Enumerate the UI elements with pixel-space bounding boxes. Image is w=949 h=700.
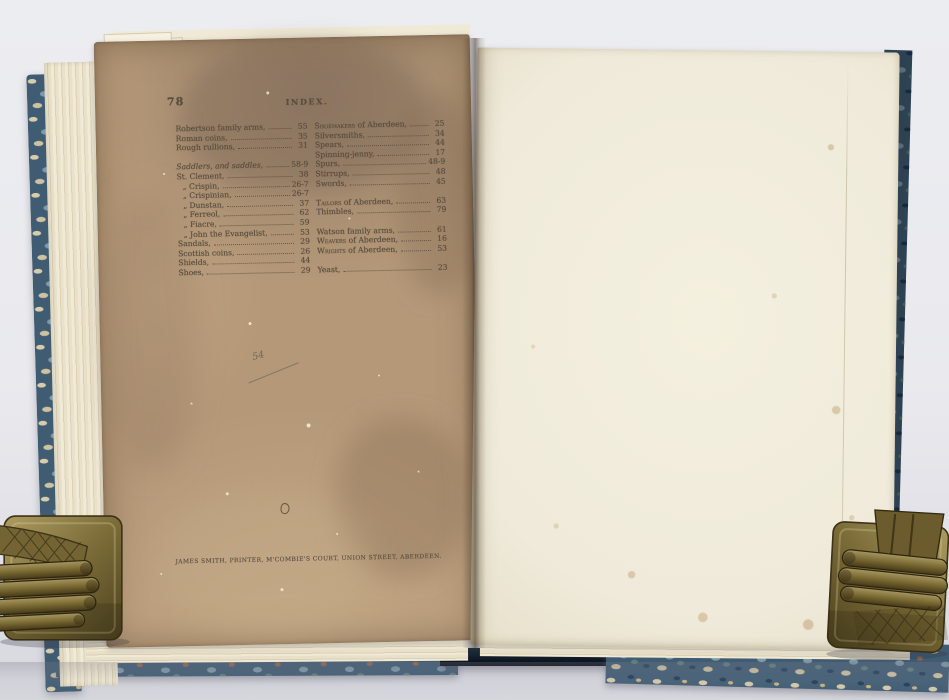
- dot-leader: [343, 263, 431, 272]
- entry-page-number: 44: [296, 256, 310, 266]
- dot-leader: [396, 196, 430, 204]
- dot-leader: [368, 129, 429, 137]
- index-entry-label: Wrights of Aberdeen,: [317, 244, 398, 255]
- brass-hand-clasp-right: [814, 508, 949, 660]
- entry-page-number: 48-9: [428, 157, 445, 167]
- dot-leader: [401, 234, 431, 242]
- brass-hand-clasp-left: [0, 510, 134, 648]
- dot-leader: [212, 256, 295, 265]
- entry-page-number: 23: [433, 263, 447, 273]
- entry-page-number: 61: [433, 224, 447, 234]
- index-entry-label: Rough rullions,: [176, 142, 235, 153]
- entry-page-number: 26-7: [292, 189, 309, 199]
- dot-leader: [268, 122, 291, 129]
- entry-page-number: 17: [431, 147, 445, 157]
- dot-leader: [227, 170, 292, 178]
- dot-leader: [207, 266, 295, 275]
- dot-leader: [352, 167, 429, 176]
- dot-leader: [238, 141, 292, 149]
- entry-page-number: 31: [294, 141, 308, 151]
- dot-leader: [230, 131, 291, 139]
- entry-page-number: 45: [432, 176, 446, 186]
- book-photo: 78 INDEX. Robertson family arms,55Roman …: [0, 0, 949, 700]
- index-entry-label: Yeast,: [317, 265, 340, 275]
- entry-page-number: 63: [432, 195, 446, 205]
- entry-page-number: 59: [295, 217, 309, 227]
- entry-page-number: 62: [295, 208, 309, 218]
- index-entry-label: Shoes,: [178, 268, 204, 278]
- index-entry-label: Thimbles,: [316, 207, 354, 217]
- index-entry-label: Shields,: [178, 258, 209, 268]
- dot-leader: [343, 157, 426, 166]
- entry-page-number: 29: [296, 265, 310, 275]
- entry-page-number: 26-7: [292, 179, 309, 189]
- entry-page-number: 53: [433, 243, 447, 253]
- entry-page-number: 34: [431, 128, 445, 138]
- dot-leader: [398, 225, 431, 233]
- dot-leader: [266, 160, 289, 167]
- dot-leader: [377, 148, 429, 156]
- dot-leader: [223, 208, 293, 216]
- entry-page-number: 29: [296, 237, 310, 247]
- index-entry-label: Swords,: [316, 178, 347, 188]
- index-entry-label: Spurs,: [315, 159, 340, 169]
- dot-leader: [237, 247, 294, 255]
- dot-leader: [401, 244, 432, 252]
- dot-leader: [350, 177, 430, 186]
- index-left-column: Robertson family arms,55Roman coins,35Ro…: [175, 122, 310, 278]
- entry-page-number: 44: [431, 138, 445, 148]
- dot-leader: [227, 199, 293, 207]
- cast-shadow: [0, 662, 949, 700]
- entry-page-number: 48: [431, 167, 445, 177]
- entry-page-number: 55: [293, 122, 307, 132]
- gutter-shadow: [462, 38, 486, 648]
- entry-page-number: 38: [294, 170, 308, 180]
- left-page-index: 78 INDEX. Robertson family arms,55Roman …: [94, 34, 483, 648]
- dot-leader: [357, 205, 430, 214]
- entry-page-number: 16: [433, 234, 447, 244]
- dot-leader: [270, 227, 293, 234]
- entry-page-number: 35: [294, 131, 308, 141]
- entry-page-number: 25: [430, 119, 444, 129]
- dot-leader: [234, 189, 290, 197]
- entry-page-number: 26: [296, 246, 310, 256]
- index-right-column: Shoemakers of Aberdeen,25Silversmiths,34…: [314, 119, 447, 275]
- dot-leader: [214, 237, 294, 246]
- entry-page-number: 53: [296, 227, 310, 237]
- entry-page-number: 79: [432, 205, 446, 215]
- dot-leader: [220, 218, 294, 227]
- dot-leader: [347, 138, 429, 147]
- dot-leader: [222, 179, 289, 187]
- entry-page-number: 58-9: [291, 160, 308, 170]
- entry-page-number: 37: [295, 198, 309, 208]
- dot-leader: [410, 119, 429, 126]
